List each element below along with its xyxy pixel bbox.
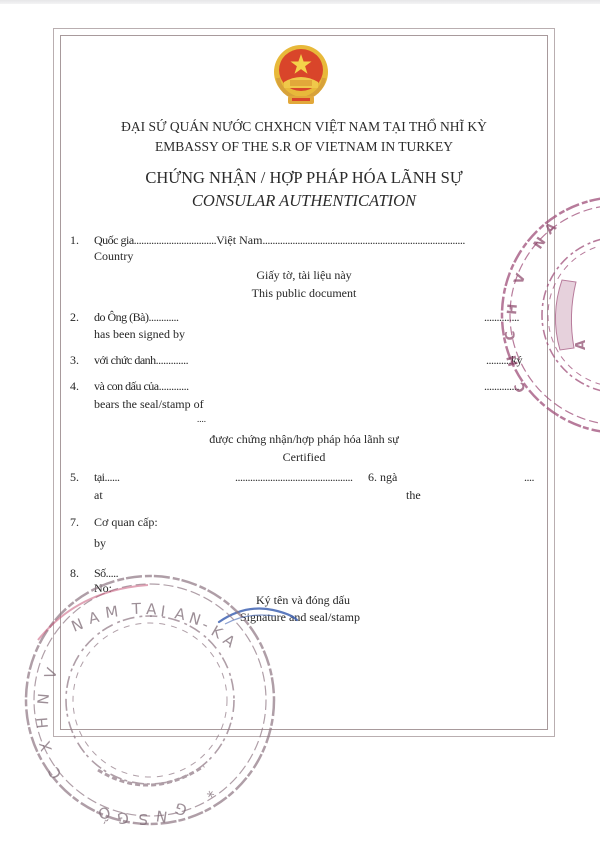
signer-trailing-dots: ..............	[484, 310, 519, 325]
position-label-vn: với chức danh.............	[94, 353, 188, 368]
number-label-en: No:	[94, 581, 112, 596]
national-emblem-icon	[270, 42, 332, 108]
embassy-name-vn: ĐẠI SỨ QUÁN NƯỚC CHXHCN VIỆT NAM TẠI THỔ…	[60, 119, 548, 135]
issuer-label-en: by	[94, 536, 106, 551]
svg-text:X: X	[36, 739, 56, 754]
item-7-number: 7.	[70, 515, 79, 530]
signature-label-vn: Ký tên và đóng dấu	[256, 593, 350, 608]
scan-top-edge	[0, 0, 600, 4]
seal-label-vn: và con dấu của............	[94, 379, 189, 394]
country-trailing-dots: ........................................…	[262, 233, 465, 247]
item-3-number: 3.	[70, 353, 79, 368]
document-title-en: CONSULAR AUTHENTICATION	[60, 191, 548, 211]
item-1-number: 1.	[70, 233, 79, 248]
svg-text:*: *	[203, 782, 220, 801]
country-value: Việt Nam	[216, 233, 262, 247]
svg-text:G: G	[116, 808, 130, 827]
country-label-en: Country	[94, 249, 133, 264]
svg-text:H: H	[33, 716, 52, 729]
item-2-number: 2.	[70, 310, 79, 325]
item-8-number: 8.	[70, 566, 79, 581]
svg-text:N: N	[155, 806, 169, 825]
country-label-vn: Quốc gia................................…	[94, 233, 216, 247]
place-label-vn: tại......	[94, 470, 120, 485]
date-label-en: the	[406, 488, 421, 503]
certified-caption-vn: được chứng nhận/hợp pháp hóa lãnh sự	[60, 432, 548, 447]
position-trailing: ..........ký	[486, 353, 522, 368]
document-title-vn: CHỨNG NHẬN / HỢP PHÁP HÓA LÃNH SỰ	[60, 168, 548, 188]
date-label-vn: 6. ngà	[368, 470, 397, 485]
svg-text:C: C	[45, 764, 66, 782]
svg-text:G: G	[173, 799, 190, 820]
item-5-number: 5.	[70, 470, 79, 485]
svg-text:A: A	[574, 340, 589, 350]
place-label-en: at	[94, 488, 103, 503]
embassy-name-en: EMBASSY OF THE S.R OF VIETNAM IN TURKEY	[60, 139, 548, 155]
issuer-label-vn: Cơ quan cấp:	[94, 515, 158, 530]
date-trailing-dots: ....	[524, 470, 534, 485]
item-4-number: 4.	[70, 379, 79, 394]
place-dots: ........................................…	[235, 470, 353, 485]
signer-label-en: has been signed by	[94, 327, 185, 342]
seal-trailing-dots: ..............	[484, 379, 519, 394]
signature-label-en: Signature and seal/stamp	[240, 610, 360, 625]
svg-text:Ố: Ố	[96, 802, 114, 826]
certified-caption-en: Certified	[60, 450, 548, 465]
document-caption-vn: Giấy tờ, tài liệu này	[60, 268, 548, 283]
document-caption-en: This public document	[60, 286, 548, 301]
signer-label-vn: do Ông (Bà)............	[94, 310, 179, 325]
number-label-vn: Số.....	[94, 566, 118, 581]
svg-text:S: S	[138, 810, 148, 828]
seal-label-en: bears the seal/stamp of	[94, 397, 204, 412]
svg-text:N: N	[34, 693, 53, 706]
seal-continuation-dots: ....	[197, 414, 206, 424]
item-1-country-field: Quốc gia................................…	[94, 233, 465, 248]
